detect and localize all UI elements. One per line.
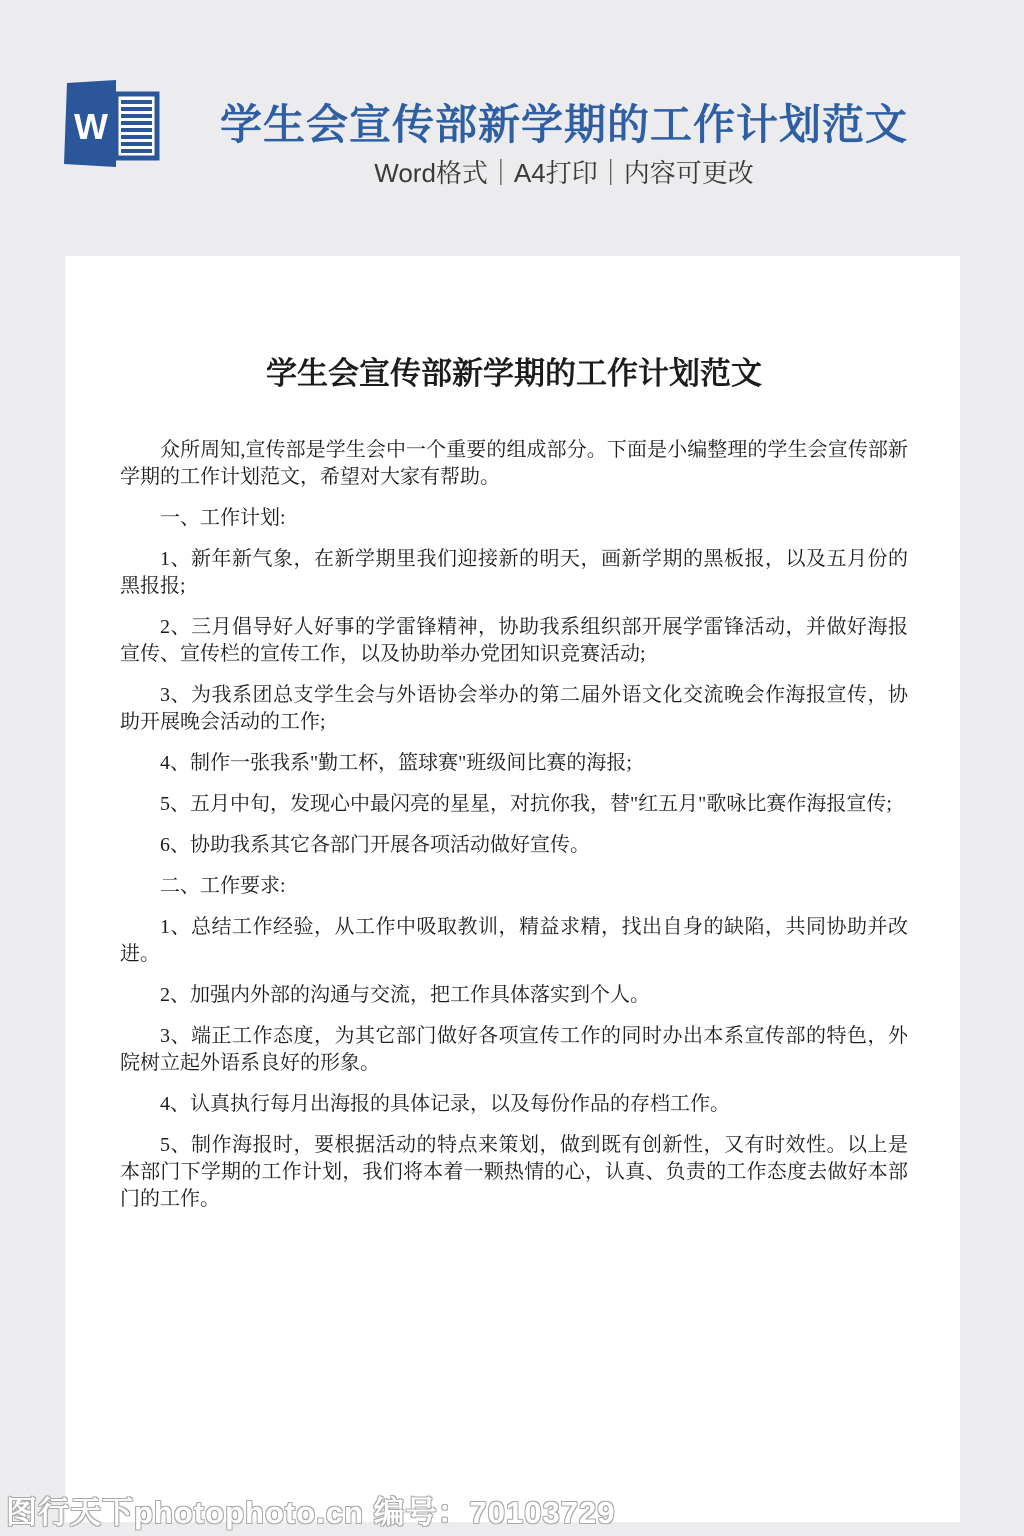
doc-paragraph: 5、制作海报时，要根据活动的特点来策划，做到既有创新性，又有时效性。以上是本部门… xyxy=(120,1132,908,1213)
word-icon-letter: W xyxy=(74,106,108,147)
doc-paragraph: 3、端正工作态度，为其它部门做好各项宣传工作的同时办出本系宣传部的特色，外院树立… xyxy=(120,1023,908,1077)
doc-section-heading: 一、工作计划: xyxy=(120,505,908,532)
doc-paragraph: 6、协助我系其它各部门开展各项活动做好宣传。 xyxy=(120,832,908,859)
doc-paragraph: 3、为我系团总支学生会与外语协会举办的第二届外语文化交流晚会作海报宣传，协助开展… xyxy=(120,682,908,736)
header-subtitle: Word格式｜A4打印｜内容可更改 xyxy=(104,153,1024,190)
doc-paragraph: 4、认真执行每月出海报的具体记录，以及每份作品的存档工作。 xyxy=(120,1091,908,1118)
doc-paragraph: 1、总结工作经验，从工作中吸取教训，精益求精，找出自身的缺陷，共同协助并改进。 xyxy=(120,914,908,968)
doc-section-heading: 二、工作要求: xyxy=(120,873,908,900)
site-watermark: 图行天下photophoto.cn 编号：70103729 xyxy=(6,1487,615,1532)
doc-paragraph: 2、加强内外部的沟通与交流，把工作具体落实到个人。 xyxy=(120,982,908,1009)
header: W 学生会宣传部新学期的工作计划范文 Word格式｜A4打印｜内容可更改 xyxy=(0,0,1024,256)
doc-paragraph: 2、三月倡导好人好事的学雷锋精神，协助我系组织部开展学雷锋活动，并做好海报宣传、… xyxy=(120,614,908,668)
document-page: 学生会宣传部新学期的工作计划范文 众所周知,宣传部是学生会中一个重要的组成部分。… xyxy=(65,256,960,1522)
document-title: 学生会宣传部新学期的工作计划范文 xyxy=(120,348,908,393)
doc-paragraph: 4、制作一张我系"勤工杯，篮球赛"班级间比赛的海报; xyxy=(120,750,908,777)
doc-paragraph: 1、新年新气象，在新学期里我们迎接新的明天，画新学期的黑板报，以及五月份的黑报报… xyxy=(120,546,908,600)
doc-paragraph: 众所周知,宣传部是学生会中一个重要的组成部分。下面是小编整理的学生会宣传部新学期… xyxy=(120,437,908,491)
header-title: 学生会宣传部新学期的工作计划范文 xyxy=(104,92,1024,152)
doc-paragraph: 5、五月中旬，发现心中最闪亮的星星，对抗你我，替"红五月"歌咏比赛作海报宣传; xyxy=(120,791,908,818)
